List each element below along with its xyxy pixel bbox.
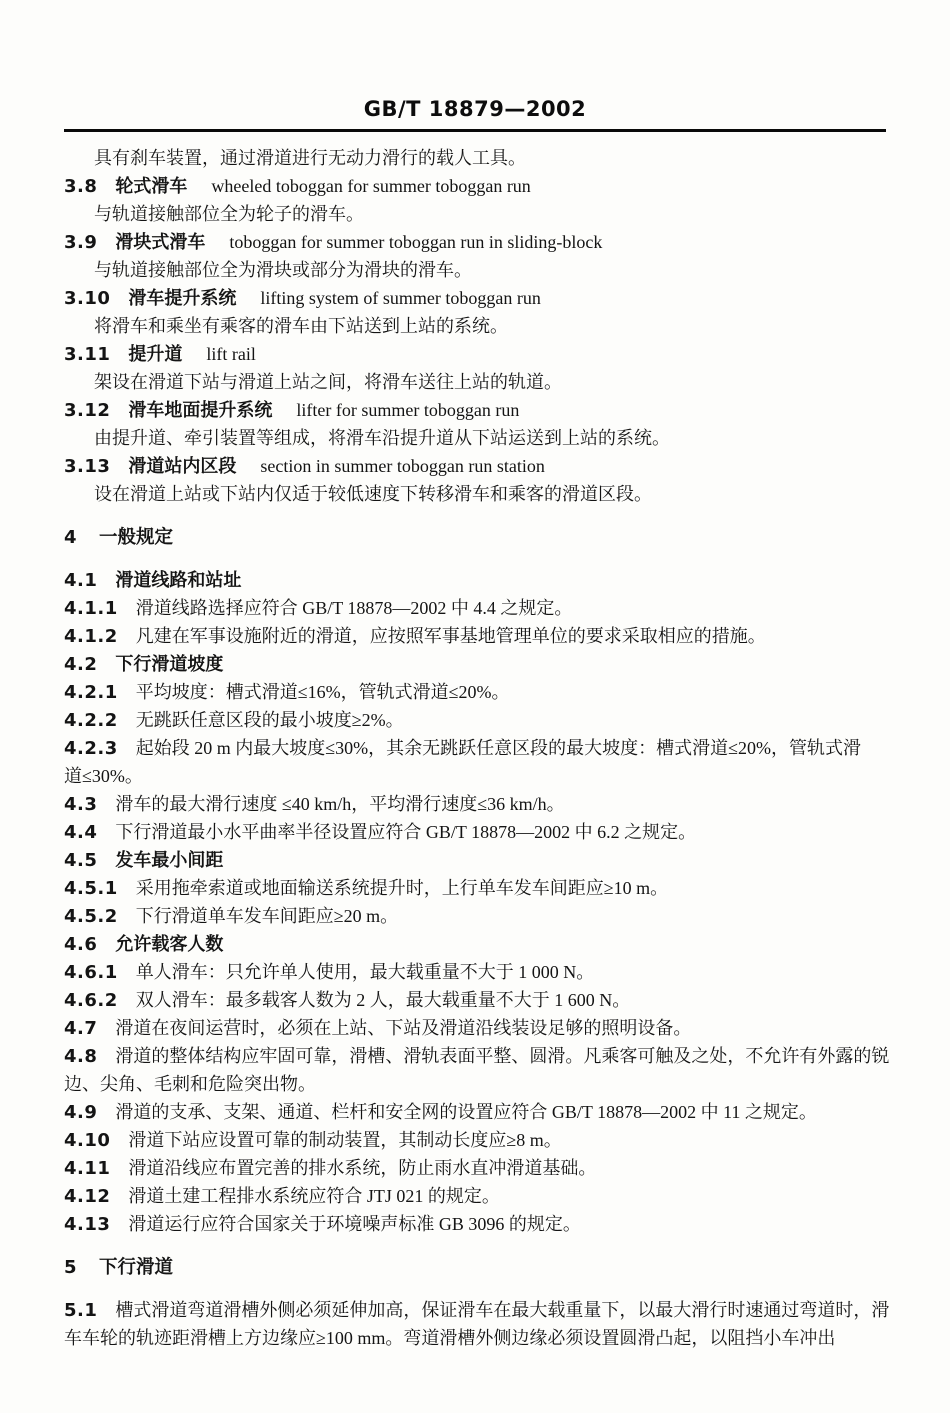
chapter-heading-5: 5下行滑道 <box>64 1253 894 1281</box>
section-number: 4.3 <box>64 791 97 819</box>
line-text: 无跳跃任意区段的最小坡度≥2%。 <box>136 710 404 730</box>
line-text: 双人滑车：最多载客人数为 2 人，最大载重量不大于 1 600 N。 <box>136 990 631 1010</box>
term-english: lifting system of summer toboggan run <box>260 288 540 308</box>
line-text: 下行滑道单车发车间距应≥20 m。 <box>136 906 398 926</box>
clause-4.1.2: 4.1.2凡建在军事设施附近的滑道，应按照军事基地管理单位的要求采取相应的措施。 <box>64 622 894 650</box>
section-number: 3.10 <box>64 285 110 313</box>
line-text: 由提升道、牵引装置等组成，将滑车沿提升道从下站运送到上站的系统。 <box>94 428 670 448</box>
section-number: 4.11 <box>64 1155 110 1183</box>
continuation-line: 与轨道接触部位全为轮子的滑车。 <box>64 200 894 228</box>
section-number: 5 <box>64 1254 77 1282</box>
continuation-line: 架设在滑道下站与滑道上站之间，将滑车送往上站的轨道。 <box>64 368 894 396</box>
line-text: 设在滑道上站或下站内仅适于较低速度下转移滑车和乘客的滑道区段。 <box>94 484 652 504</box>
subclause-heading-4.1: 4.1滑道线路和站址 <box>64 566 894 594</box>
section-number: 4.4 <box>64 819 97 847</box>
term-definition-3.11: 3.11提升道lift rail <box>64 340 894 368</box>
line-text: 滑道的整体结构应牢固可靠，滑槽、滑轨表面平整、圆滑。凡乘客可触及之处，不允许有外… <box>115 1046 889 1066</box>
clause-5.1: 5.1槽式滑道弯道滑槽外侧必须延伸加高，保证滑车在最大载重量下，以最大滑行时速通… <box>64 1296 894 1324</box>
continuation-line: 由提升道、牵引装置等组成，将滑车沿提升道从下站运送到上站的系统。 <box>64 424 894 452</box>
section-number: 4.10 <box>64 1127 110 1155</box>
section-number: 3.11 <box>64 341 110 369</box>
section-number: 4.9 <box>64 1099 97 1127</box>
line-text: 与轨道接触部位全为轮子的滑车。 <box>94 204 364 224</box>
section-number: 4 <box>64 524 77 552</box>
clause-4.2.1: 4.2.1平均坡度：槽式滑道≤16%，管轨式滑道≤20%。 <box>64 678 894 706</box>
document-body: 具有刹车装置，通过滑道进行无动力滑行的载人工具。3.8轮式滑车wheeled t… <box>0 144 950 1352</box>
term-definition-3.9: 3.9滑块式滑车toboggan for summer toboggan run… <box>64 228 894 256</box>
line-text: 采用拖牵索道或地面输送系统提升时，上行单车发车间距应≥10 m。 <box>136 878 668 898</box>
line-text: 具有刹车装置，通过滑道进行无动力滑行的载人工具。 <box>94 148 526 168</box>
document-page: GB/T 18879—2002 具有刹车装置，通过滑道进行无动力滑行的载人工具。… <box>0 0 950 1413</box>
section-number: 4.2.2 <box>64 707 118 735</box>
section-number: 4.6.1 <box>64 959 118 987</box>
line-text: 滑车的最大滑行速度 ≤40 km/h，平均滑行速度≤36 km/h。 <box>115 794 564 814</box>
continuation-line: 边、尖角、毛刺和危险突出物。 <box>64 1070 894 1098</box>
clause-4.5.2: 4.5.2下行滑道单车发车间距应≥20 m。 <box>64 902 894 930</box>
line-text: 与轨道接触部位全为滑块或部分为滑块的滑车。 <box>94 260 472 280</box>
section-number: 5.1 <box>64 1297 97 1325</box>
section-number: 4.6.2 <box>64 987 118 1015</box>
continuation-line: 具有刹车装置，通过滑道进行无动力滑行的载人工具。 <box>64 144 894 172</box>
term-definition-3.12: 3.12滑车地面提升系统lifter for summer toboggan r… <box>64 396 894 424</box>
section-number: 4.7 <box>64 1015 97 1043</box>
term-chinese: 提升道 <box>128 344 182 365</box>
section-number: 4.12 <box>64 1183 110 1211</box>
clause-4.10: 4.10滑道下站应设置可靠的制动装置，其制动长度应≥8 m。 <box>64 1126 894 1154</box>
clause-4.6.2: 4.6.2双人滑车：最多载客人数为 2 人，最大载重量不大于 1 600 N。 <box>64 986 894 1014</box>
line-text: 平均坡度：槽式滑道≤16%，管轨式滑道≤20%。 <box>136 682 510 702</box>
clause-4.12: 4.12滑道土建工程排水系统应符合 JTJ 021 的规定。 <box>64 1182 894 1210</box>
term-english: wheeled toboggan for summer toboggan run <box>211 176 530 196</box>
clause-4.9: 4.9滑道的支承、支架、通道、栏杆和安全网的设置应符合 GB/T 18878—2… <box>64 1098 894 1126</box>
chapter-heading-4: 4一般规定 <box>64 523 894 551</box>
section-number: 4.5.1 <box>64 875 118 903</box>
term-chinese: 滑车地面提升系统 <box>128 400 272 421</box>
continuation-line: 将滑车和乘坐有乘客的滑车由下站送到上站的系统。 <box>64 312 894 340</box>
line-text: 架设在滑道下站与滑道上站之间，将滑车送往上站的轨道。 <box>94 372 562 392</box>
term-chinese: 滑道站内区段 <box>128 456 236 477</box>
continuation-line: 道≤30%。 <box>64 762 894 790</box>
clause-4.1.1: 4.1.1滑道线路选择应符合 GB/T 18878—2002 中 4.4 之规定… <box>64 594 894 622</box>
line-text: 单人滑车：只允许单人使用，最大载重量不大于 1 000 N。 <box>136 962 595 982</box>
clause-4.6.1: 4.6.1单人滑车：只允许单人使用，最大载重量不大于 1 000 N。 <box>64 958 894 986</box>
line-text: 车车轮的轨迹距滑槽上方边缘应≥100 mm。弯道滑槽外侧边缘必须设置圆滑凸起，以… <box>64 1328 835 1348</box>
term-chinese: 滑车提升系统 <box>128 288 236 309</box>
clause-4.5.1: 4.5.1采用拖牵索道或地面输送系统提升时，上行单车发车间距应≥10 m。 <box>64 874 894 902</box>
subclause-heading-4.2: 4.2下行滑道坡度 <box>64 650 894 678</box>
term-definition-3.10: 3.10滑车提升系统lifting system of summer tobog… <box>64 284 894 312</box>
section-number: 3.8 <box>64 173 97 201</box>
term-definition-3.13: 3.13滑道站内区段section in summer toboggan run… <box>64 452 894 480</box>
section-number: 4.2.1 <box>64 679 118 707</box>
continuation-line: 与轨道接触部位全为滑块或部分为滑块的滑车。 <box>64 256 894 284</box>
section-number: 4.1.1 <box>64 595 118 623</box>
line-text: 滑道的支承、支架、通道、栏杆和安全网的设置应符合 GB/T 18878—2002… <box>115 1102 817 1122</box>
term-english: toboggan for summer toboggan run in slid… <box>229 232 602 252</box>
term-definition-3.8: 3.8轮式滑车wheeled toboggan for summer tobog… <box>64 172 894 200</box>
line-text: 滑道在夜间运营时，必须在上站、下站及滑道沿线装设足够的照明设备。 <box>115 1018 691 1038</box>
clause-4.11: 4.11滑道沿线应布置完善的排水系统，防止雨水直冲滑道基础。 <box>64 1154 894 1182</box>
section-number: 4.2 <box>64 651 97 679</box>
line-text: 槽式滑道弯道滑槽外侧必须延伸加高，保证滑车在最大载重量下，以最大滑行时速通过弯道… <box>115 1300 889 1320</box>
subclause-heading-4.6: 4.6允许载客人数 <box>64 930 894 958</box>
line-text: 将滑车和乘坐有乘客的滑车由下站送到上站的系统。 <box>94 316 508 336</box>
line-text: 允许载客人数 <box>115 934 223 955</box>
clause-4.3: 4.3滑车的最大滑行速度 ≤40 km/h，平均滑行速度≤36 km/h。 <box>64 790 894 818</box>
section-number: 4.5.2 <box>64 903 118 931</box>
term-chinese: 滑块式滑车 <box>115 232 205 253</box>
line-text: 一般规定 <box>99 527 173 548</box>
clause-4.4: 4.4下行滑道最小水平曲率半径设置应符合 GB/T 18878—2002 中 6… <box>64 818 894 846</box>
line-text: 下行滑道 <box>99 1257 173 1278</box>
clause-4.7: 4.7滑道在夜间运营时，必须在上站、下站及滑道沿线装设足够的照明设备。 <box>64 1014 894 1042</box>
clause-4.13: 4.13滑道运行应符合国家关于环境噪声标准 GB 3096 的规定。 <box>64 1210 894 1238</box>
line-text: 滑道线路和站址 <box>115 570 241 591</box>
term-chinese: 轮式滑车 <box>115 176 187 197</box>
section-number: 3.13 <box>64 453 110 481</box>
standard-number: GB/T 18879—2002 <box>364 97 587 121</box>
line-text: 滑道沿线应布置完善的排水系统，防止雨水直冲滑道基础。 <box>128 1158 596 1178</box>
clause-4.2.3: 4.2.3起始段 20 m 内最大坡度≤30%，其余无跳跃任意区段的最大坡度：槽… <box>64 734 894 762</box>
term-english: section in summer toboggan run station <box>260 456 544 476</box>
clause-4.8: 4.8滑道的整体结构应牢固可靠，滑槽、滑轨表面平整、圆滑。凡乘客可触及之处，不允… <box>64 1042 894 1070</box>
section-number: 4.2.3 <box>64 735 118 763</box>
line-text: 下行滑道坡度 <box>115 654 223 675</box>
section-number: 4.8 <box>64 1043 97 1071</box>
subclause-heading-4.5: 4.5发车最小间距 <box>64 846 894 874</box>
continuation-line: 设在滑道上站或下站内仅适于较低速度下转移滑车和乘客的滑道区段。 <box>64 480 894 508</box>
line-text: 滑道线路选择应符合 GB/T 18878—2002 中 4.4 之规定。 <box>136 598 573 618</box>
line-text: 下行滑道最小水平曲率半径设置应符合 GB/T 18878—2002 中 6.2 … <box>115 822 696 842</box>
continuation-line: 车车轮的轨迹距滑槽上方边缘应≥100 mm。弯道滑槽外侧边缘必须设置圆滑凸起，以… <box>64 1324 894 1352</box>
section-number: 3.12 <box>64 397 110 425</box>
section-number: 4.6 <box>64 931 97 959</box>
section-number: 4.13 <box>64 1211 110 1239</box>
clause-4.2.2: 4.2.2无跳跃任意区段的最小坡度≥2%。 <box>64 706 894 734</box>
section-number: 3.9 <box>64 229 97 257</box>
section-number: 4.1 <box>64 567 97 595</box>
section-number: 4.1.2 <box>64 623 118 651</box>
line-text: 边、尖角、毛刺和危险突出物。 <box>64 1074 316 1094</box>
line-text: 滑道土建工程排水系统应符合 JTJ 021 的规定。 <box>128 1186 500 1206</box>
line-text: 滑道下站应设置可靠的制动装置，其制动长度应≥8 m。 <box>128 1130 561 1150</box>
line-text: 起始段 20 m 内最大坡度≤30%，其余无跳跃任意区段的最大坡度：槽式滑道≤2… <box>136 738 861 758</box>
page-header: GB/T 18879—2002 <box>0 0 950 121</box>
term-english: lifter for summer toboggan run <box>296 400 519 420</box>
header-rule <box>64 129 886 132</box>
line-text: 发车最小间距 <box>115 850 223 871</box>
line-text: 道≤30%。 <box>64 766 143 786</box>
line-text: 滑道运行应符合国家关于环境噪声标准 GB 3096 的规定。 <box>128 1214 581 1234</box>
term-english: lift rail <box>206 344 255 364</box>
line-text: 凡建在军事设施附近的滑道，应按照军事基地管理单位的要求采取相应的措施。 <box>136 626 766 646</box>
section-number: 4.5 <box>64 847 97 875</box>
